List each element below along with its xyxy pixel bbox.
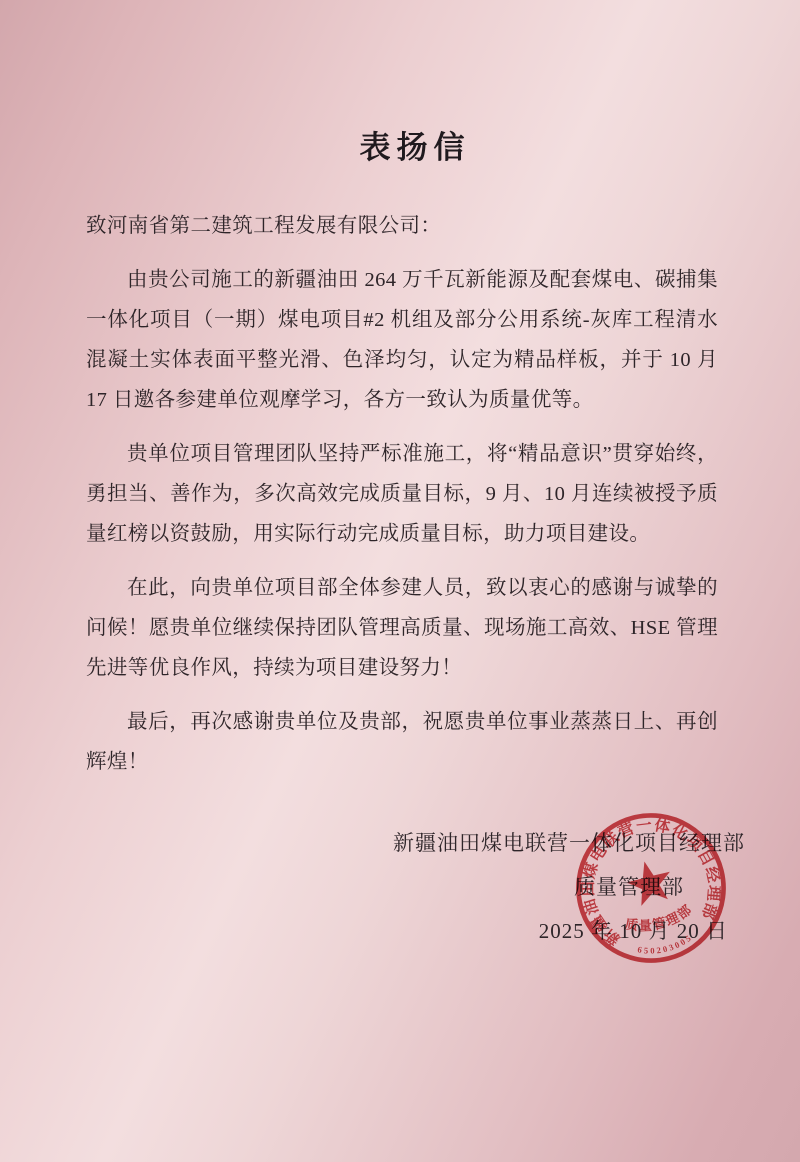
signature-organization: 新疆油田煤电联营一体化项目经理部	[393, 827, 745, 857]
letter-title: 表扬信	[0, 122, 800, 167]
signature-date: 2025 年 10 月 20 日	[539, 915, 728, 945]
letter-paragraph-1: 由贵公司施工的新疆油田 264 万千瓦新能源及配套煤电、碳捕集一体化项目（一期）…	[86, 260, 718, 420]
letter-paragraph-4: 最后，再次感谢贵单位及贵部，祝愿贵单位事业蒸蒸日上、再创辉煌！	[86, 702, 718, 782]
letter-paragraph-2: 贵单位项目管理团队坚持严标准施工，将“精品意识”贯穿始终，勇担当、善作为，多次高…	[86, 434, 718, 554]
commendation-letter-page: 表扬信 致河南省第二建筑工程发展有限公司： 由贵公司施工的新疆油田 264 万千…	[0, 0, 800, 1162]
letter-salutation: 致河南省第二建筑工程发展有限公司：	[86, 206, 718, 246]
letter-body: 致河南省第二建筑工程发展有限公司： 由贵公司施工的新疆油田 264 万千瓦新能源…	[86, 206, 718, 782]
signature-department: 质量管理部	[574, 871, 684, 901]
letter-paragraph-3: 在此，向贵单位项目部全体参建人员，致以衷心的感谢与诚挚的问候！愿贵单位继续保持团…	[86, 568, 718, 688]
